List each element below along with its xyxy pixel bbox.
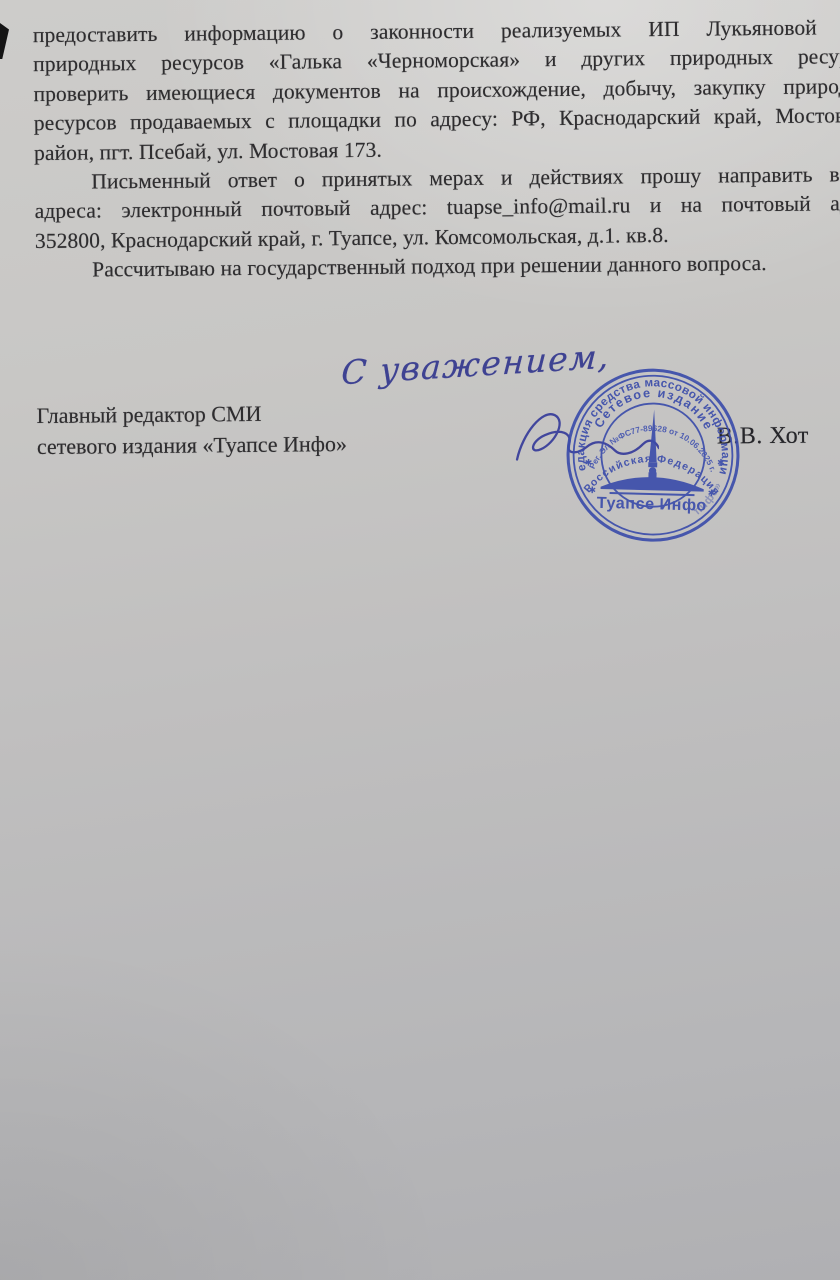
stamp-center-name: Туапсе Инфо (597, 494, 707, 515)
monument-icon (600, 408, 705, 495)
star-separator-icon: ✱ (717, 457, 725, 467)
signer-role: Главный редактор СМИ сетевого издания «Т… (36, 398, 347, 462)
star-separator-icon: ✱ (708, 488, 716, 498)
signer-role-line2: сетевого издания «Туапсе Инфо» (37, 429, 347, 462)
star-separator-icon: ✱ (585, 458, 593, 468)
page-content: предоставить информацию о законности реа… (0, 0, 840, 1280)
letter-body: предоставить информацию о законности реа… (33, 13, 840, 286)
signer-role-line1: Главный редактор СМИ (36, 398, 346, 431)
editorial-stamp: Редакция средства массовой информации «о… (562, 364, 744, 546)
letter-page-photo: предоставить информацию о законности реа… (0, 0, 840, 1280)
star-separator-icon: ✱ (588, 485, 596, 495)
